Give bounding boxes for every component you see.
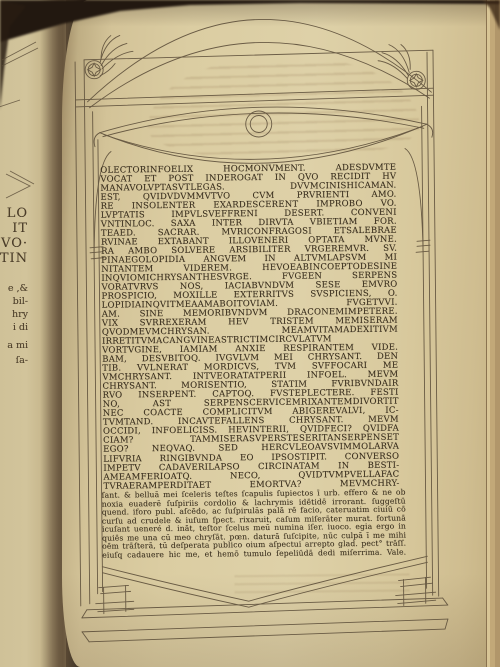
facing-page-woodcut-fragment <box>0 0 500 120</box>
facing-page-woodcut-fragment <box>0 160 60 220</box>
epitaph-small-text: ſant. & belluā mei ſceleris teſtes ſcapu… <box>102 488 407 560</box>
epitaph-capital-text: OLECTORINFOELIX HOCMONVMENT. ADESDVMTEVO… <box>100 164 399 492</box>
book-photo: LO IT VO· TIN e ,& bil- hry i di a mi ſa… <box>0 0 500 667</box>
